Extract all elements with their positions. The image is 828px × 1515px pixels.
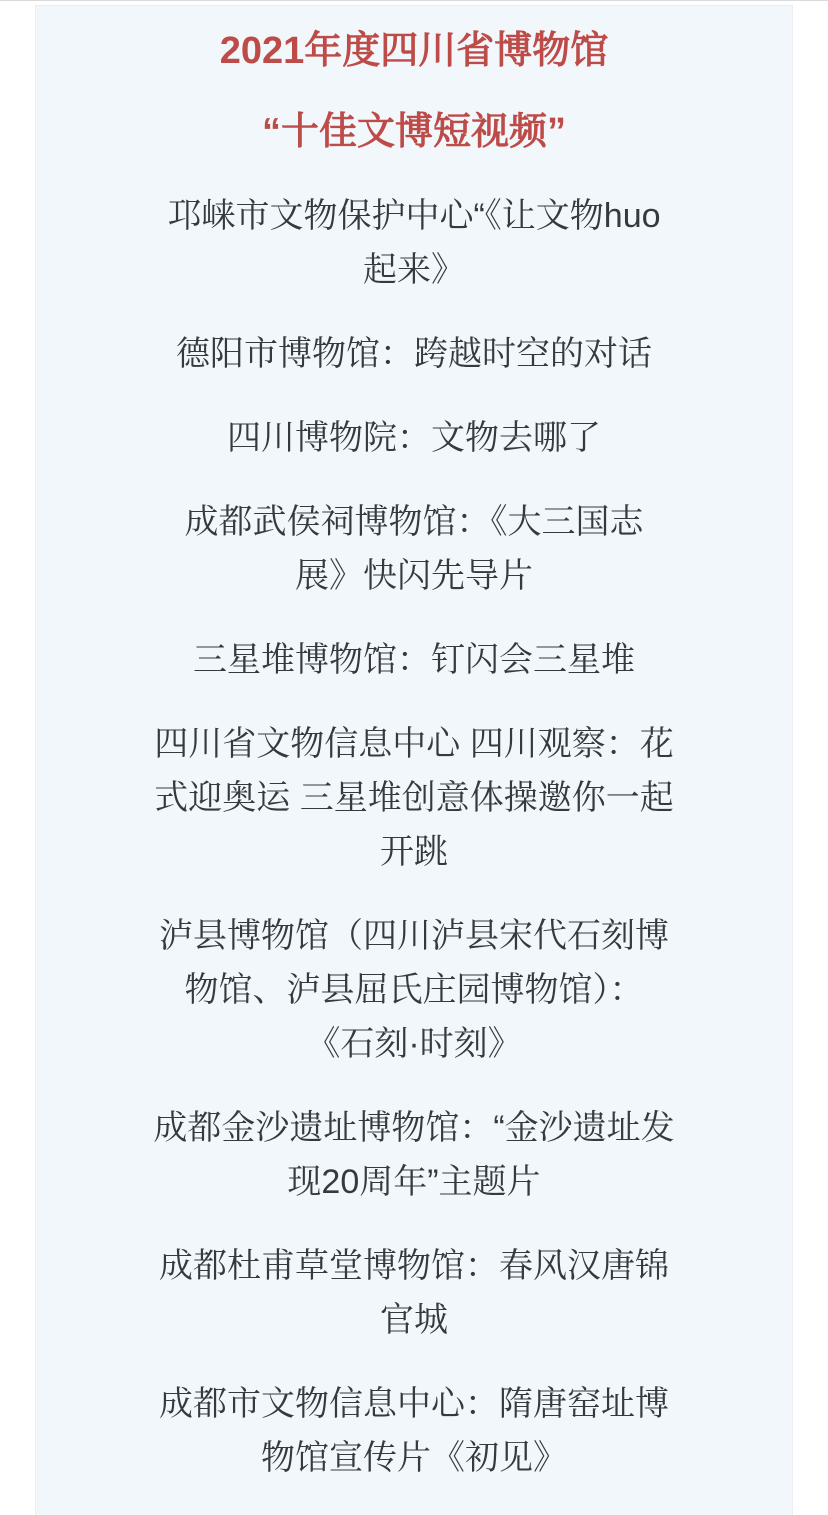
article-title-text: “十佳文博短视频” — [116, 103, 712, 161]
award-item-text: 现20周年”主题片 — [116, 1155, 712, 1209]
award-item-text: 《石刻·时刻》 — [116, 1017, 712, 1071]
award-item-text: 三星堆博物馆：钉闪会三星堆 — [116, 633, 712, 687]
award-item-text: 邛崃市文物保护中心“《让文物huo — [116, 189, 712, 243]
award-item-sanxingdui: 三星堆博物馆：钉闪会三星堆 — [116, 633, 712, 687]
article-panel: 2021年度四川省博物馆 “十佳文博短视频” 邛崃市文物保护中心“《让文物huo… — [35, 5, 793, 1515]
article-title-line-2: “十佳文博短视频” — [116, 103, 712, 161]
award-item-deyang: 德阳市博物馆：跨越时空的对话 — [116, 327, 712, 381]
award-item-text: 成都市文物信息中心：隋唐窑址博 — [116, 1377, 712, 1431]
award-item-qionglai: 邛崃市文物保护中心“《让文物huo 起来》 — [116, 189, 712, 297]
award-item-text: 德阳市博物馆：跨越时空的对话 — [116, 327, 712, 381]
award-item-text: 四川博物院：文物去哪了 — [116, 411, 712, 465]
award-item-text: 成都金沙遗址博物馆：“金沙遗址发 — [116, 1101, 712, 1155]
award-item-wuhou: 成都武侯祠博物馆：《大三国志 展》快闪先导片 — [116, 495, 712, 603]
award-item-text: 开跳 — [116, 825, 712, 879]
award-item-jinsha: 成都金沙遗址博物馆：“金沙遗址发 现20周年”主题片 — [116, 1101, 712, 1209]
award-item-text: 物馆、泸县屈氏庄园博物馆）： — [116, 963, 712, 1017]
award-item-text: 成都杜甫草堂博物馆：春风汉唐锦 — [116, 1239, 712, 1293]
award-item-luxian: 泸县博物馆（四川泸县宋代石刻博 物馆、泸县屈氏庄园博物馆）： 《石刻·时刻》 — [116, 909, 712, 1071]
award-item-text: 起来》 — [116, 243, 712, 297]
top-divider-line — [0, 0, 828, 1]
award-item-text: 泸县博物馆（四川泸县宋代石刻博 — [116, 909, 712, 963]
award-item-text: 物馆宣传片《初见》 — [116, 1431, 712, 1485]
award-item-text: 式迎奥运 三星堆创意体操邀你一起 — [116, 771, 712, 825]
award-item-info-center: 四川省文物信息中心 四川观察：花 式迎奥运 三星堆创意体操邀你一起 开跳 — [116, 717, 712, 879]
award-item-text: 成都武侯祠博物馆：《大三国志 — [116, 495, 712, 549]
award-item-text: 四川省文物信息中心 四川观察：花 — [116, 717, 712, 771]
award-item-text: 展》快闪先导片 — [116, 549, 712, 603]
award-item-dufu: 成都杜甫草堂博物馆：春风汉唐锦 官城 — [116, 1239, 712, 1347]
award-item-text: 官城 — [116, 1293, 712, 1347]
article-title-line-1: 2021年度四川省博物馆 — [116, 22, 712, 80]
award-item-chengdu-info: 成都市文物信息中心：隋唐窑址博 物馆宣传片《初见》 — [116, 1377, 712, 1485]
award-item-sichuan-museum: 四川博物院：文物去哪了 — [116, 411, 712, 465]
page-background: { "colors": { "accent_red": "#bd4b48", "… — [0, 0, 828, 1515]
article-title-text: 2021年度四川省博物馆 — [116, 22, 712, 80]
